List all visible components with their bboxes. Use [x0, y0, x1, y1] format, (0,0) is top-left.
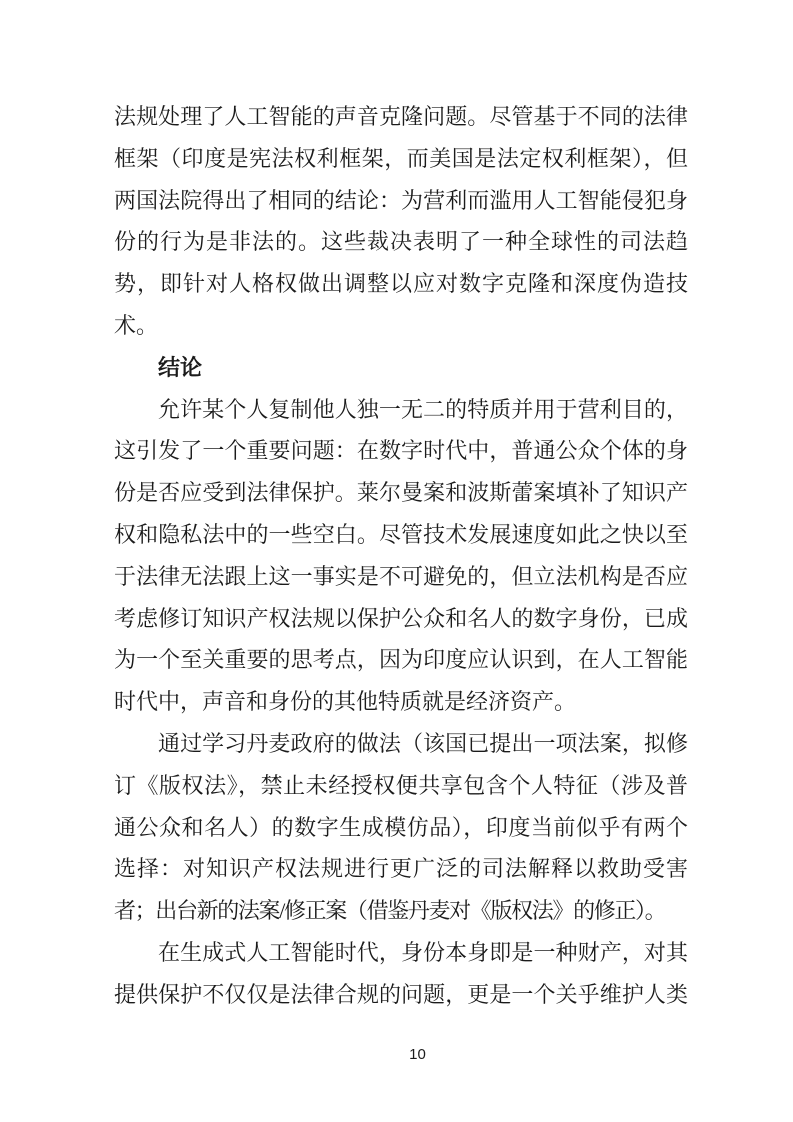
paragraph-line: 允许某个人复制他人独一无二的特质并用于营利目的， — [114, 389, 688, 431]
paragraph-line: 于法律无法跟上这一事实是不可避免的，但立法机构是否应 — [114, 556, 688, 598]
page-number: 10 — [42, 1046, 793, 1064]
paragraph-line: 通过学习丹麦政府的做法（该国已提出一项法案，拟修 — [114, 723, 688, 765]
paragraph-line: 法规处理了人工智能的声音克隆问题。尽管基于不同的法律 — [114, 96, 688, 138]
document-page: 法规处理了人工智能的声音克隆问题。尽管基于不同的法律 框架（印度是宪法权利框架，… — [0, 0, 793, 1122]
paragraph-line: 考虑修订知识产权法规以保护公众和名人的数字身份，已成 — [114, 598, 688, 640]
section-heading: 结论 — [114, 347, 688, 389]
paragraph-line: 份的行为是非法的。这些裁决表明了一种全球性的司法趋 — [114, 221, 688, 263]
paragraph-line: 选择：对知识产权法规进行更广泛的司法解释以救助受害 — [114, 848, 688, 890]
paragraph-line: 通公众和名人）的数字生成模仿品），印度当前似乎有两个 — [114, 807, 688, 849]
paragraph-line: 提供保护不仅仅是法律合规的问题，更是一个关乎维护人类 — [114, 974, 688, 1016]
paragraph-line: 在生成式人工智能时代，身份本身即是一种财产，对其 — [114, 932, 688, 974]
paragraph-line: 框架（印度是宪法权利框架，而美国是法定权利框架），但 — [114, 138, 688, 180]
paragraph-line: 两国法院得出了相同的结论：为营利而滥用人工智能侵犯身 — [114, 180, 688, 222]
paragraph-line: 这引发了一个重要问题：在数字时代中，普通公众个体的身 — [114, 430, 688, 472]
paragraph-line: 份是否应受到法律保护。莱尔曼案和波斯蕾案填补了知识产 — [114, 472, 688, 514]
paragraph-line: 术。 — [114, 305, 688, 347]
paragraph-line: 时代中，声音和身份的其他特质就是经济资产。 — [114, 681, 688, 723]
text-block: 法规处理了人工智能的声音克隆问题。尽管基于不同的法律 框架（印度是宪法权利框架，… — [114, 96, 688, 1016]
paragraph-line: 订《版权法》，禁止未经授权便共享包含个人特征（涉及普 — [114, 765, 688, 807]
paragraph-line: 势，即针对人格权做出调整以应对数字克隆和深度伪造技 — [114, 263, 688, 305]
paragraph-line: 为一个至关重要的思考点，因为印度应认识到，在人工智能 — [114, 639, 688, 681]
paragraph-line: 者；出台新的法案/修正案（借鉴丹麦对《版权法》的修正）。 — [114, 890, 688, 932]
paragraph-line: 权和隐私法中的一些空白。尽管技术发展速度如此之快以至 — [114, 514, 688, 556]
